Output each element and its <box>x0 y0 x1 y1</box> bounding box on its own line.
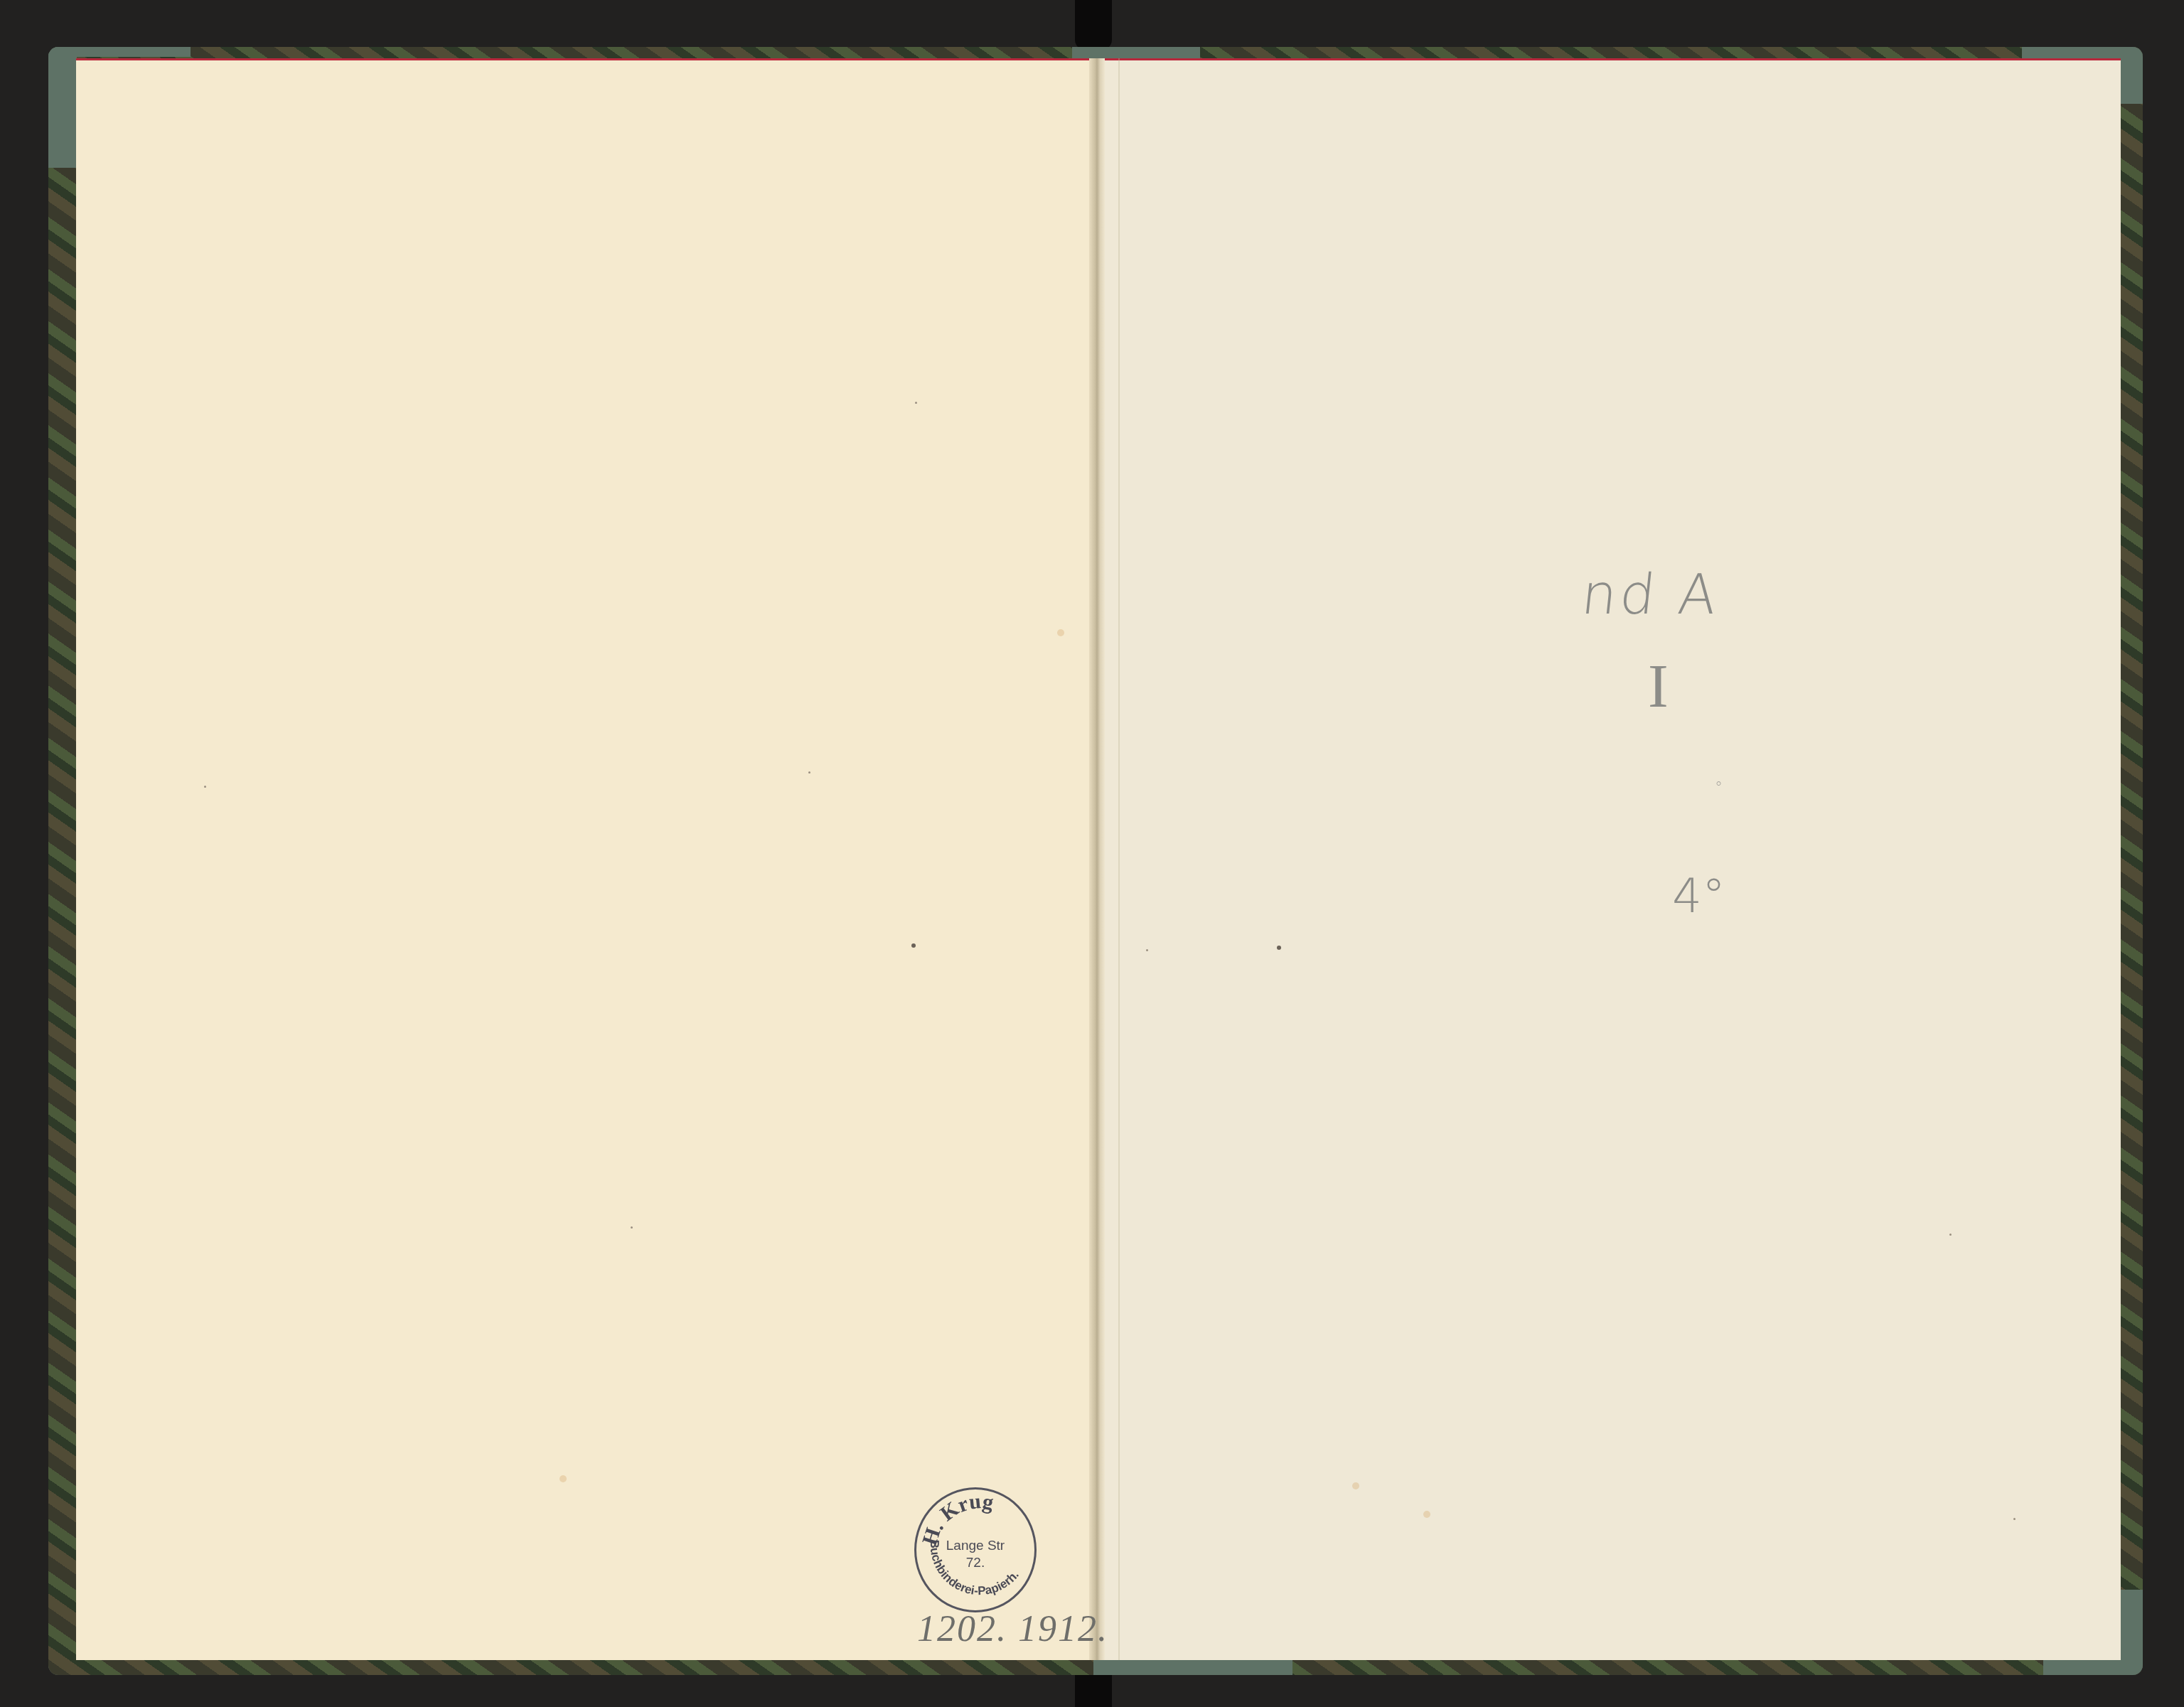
stamp-street: Lange Str <box>916 1538 1034 1555</box>
bookbinder-stamp: H. Krug Buchbinderei-Papierh. Lange Str … <box>914 1487 1037 1612</box>
pencil-small-mark: ° <box>1715 779 1723 797</box>
scanner-clip-top <box>1075 0 1112 50</box>
hinge-line <box>1118 58 1120 1660</box>
ink-speck <box>911 943 916 948</box>
pencil-format-note: 4° <box>1672 869 1725 924</box>
pencil-date-note: 1202. 1912. <box>917 1608 1108 1650</box>
stamp-number: 72. <box>916 1555 1034 1572</box>
right-page <box>1096 58 2121 1660</box>
book-gutter <box>1089 58 1105 1660</box>
pencil-volume-numeral: I <box>1648 651 1669 722</box>
ink-speck <box>1277 946 1281 950</box>
pencil-shelfmark: nd A <box>1578 563 1723 627</box>
left-page <box>76 58 1096 1660</box>
cloth-corner-left <box>48 47 77 168</box>
